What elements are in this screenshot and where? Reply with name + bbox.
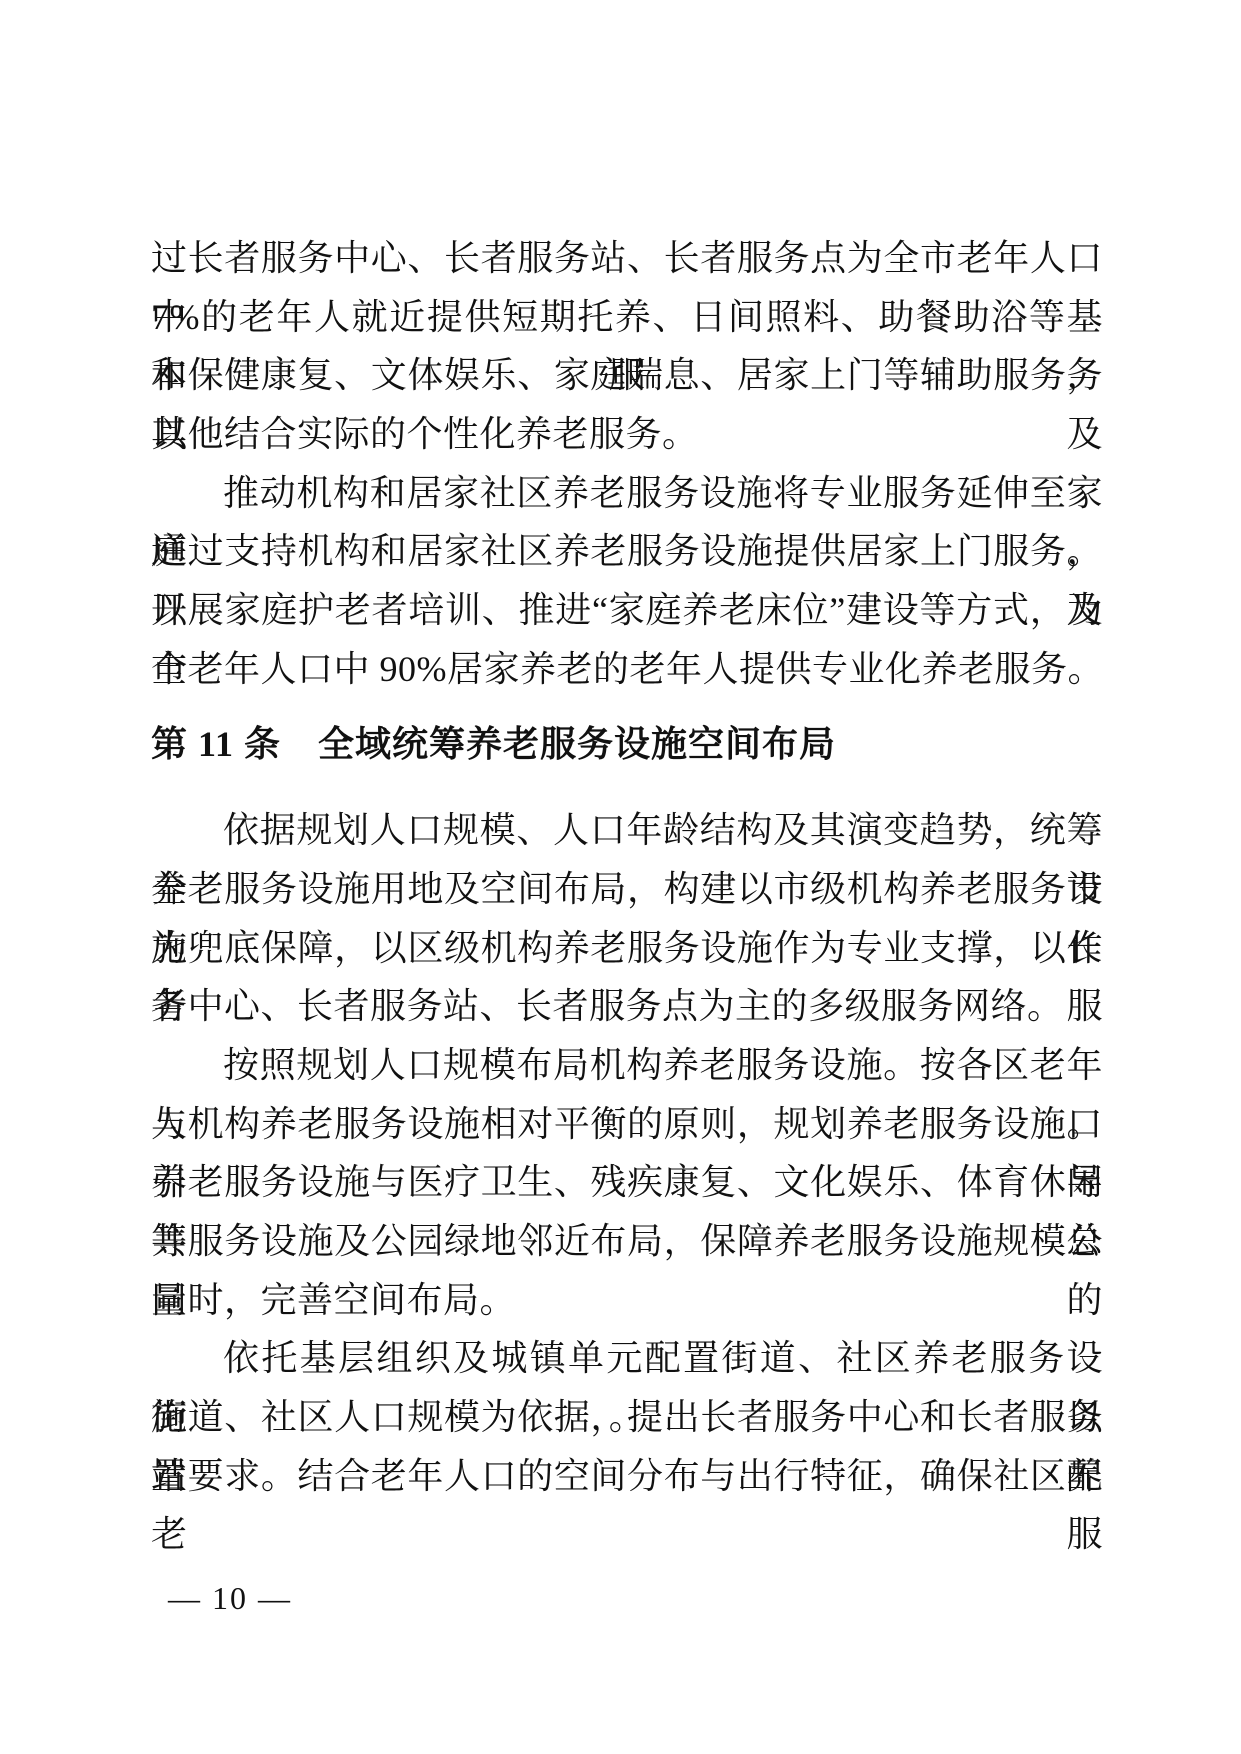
paragraph-3-line-2: 养老服务设施用地及空间布局，构建以市级机构养老服务设施作 — [151, 860, 1103, 919]
paragraph-4-line-3: 养老服务设施与医疗卫生、残疾康复、文化娱乐、体育休闲等公 — [151, 1153, 1103, 1212]
paragraph-3-line-4: 务中心、长者服务站、长者服务点为主的多级服务网络。 — [151, 977, 1103, 1036]
paragraph-4-line-4: 共服务设施及公园绿地邻近布局，保障养老服务设施规模总量的 — [151, 1212, 1103, 1271]
paragraph-1-line-1: 过长者服务中心、长者服务站、长者服务点为全市老年人口中 — [151, 229, 1103, 288]
paragraph-5-line-3: 置要求。结合老年人口的空间分布与出行特征，确保社区养老服 — [151, 1447, 1103, 1506]
paragraph-4-line-2: 与机构养老服务设施相对平衡的原则，规划养老服务设施。引导 — [151, 1095, 1103, 1154]
paragraph-1-line-2: 7%的老年人就近提供短期托养、日间照料、助餐助浴等基本服务 — [151, 288, 1103, 347]
page-body: 过长者服务中心、长者服务站、长者服务点为全市老年人口中 7%的老年人就近提供短期… — [151, 229, 1103, 1505]
paragraph-2-line-4: 市老年人口中 90%居家养老的老年人提供专业化养老服务。 — [151, 640, 1103, 699]
paragraph-2-line-3: 开展家庭护老者培训、推进“家庭养老床位”建设等方式，为全 — [151, 581, 1103, 640]
paragraph-1-line-3: 和保健康复、文体娱乐、家庭喘息、居家上门等辅助服务，以及 — [151, 346, 1103, 405]
paragraph-4-line-1: 按照规划人口规模布局机构养老服务设施。按各区老年人口 — [151, 1036, 1103, 1095]
article-11-heading: 第 11 条 全域统筹养老服务设施空间布局 — [151, 715, 1103, 774]
paragraph-5-line-2: 街道、社区人口规模为依据，提出长者服务中心和长者服务站配 — [151, 1388, 1103, 1447]
paragraph-3-line-1: 依据规划人口规模、人口年龄结构及其演变趋势，统筹全市 — [151, 801, 1103, 860]
paragraph-5-line-1: 依托基层组织及城镇单元配置街道、社区养老服务设施。以 — [151, 1329, 1103, 1388]
document-page: 过长者服务中心、长者服务站、长者服务点为全市老年人口中 7%的老年人就近提供短期… — [0, 0, 1241, 1754]
page-number: — 10 — — [168, 1580, 292, 1616]
paragraph-3-line-3: 为兜底保障，以区级机构养老服务设施作为专业支撑，以长者服 — [151, 919, 1103, 978]
paragraph-2-line-1: 推动机构和居家社区养老服务设施将专业服务延伸至家庭。 — [151, 464, 1103, 523]
page-footer: — 10 — — [168, 1578, 292, 1618]
paragraph-2-line-2: 通过支持机构和居家社区养老服务设施提供居家上门服务，以及 — [151, 522, 1103, 581]
